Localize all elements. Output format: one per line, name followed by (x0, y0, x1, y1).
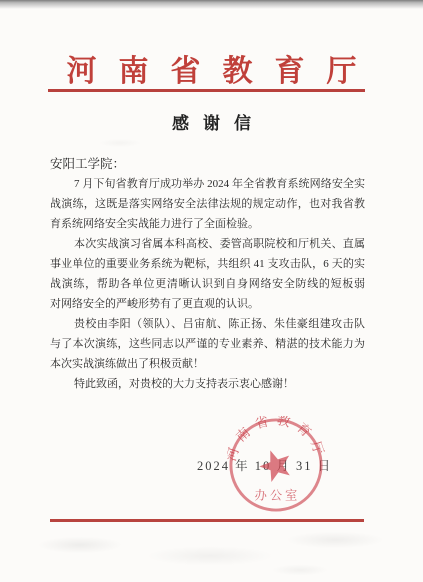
letter-page: 河南省教育厅 感谢信 安阳工学院： 7 月下旬省教育厅成功举办 2024 年全省… (0, 0, 423, 582)
seal-arc-text: 河南省教育厅 (227, 416, 325, 463)
body-line: 贵校由李阳（领队）、吕宙航、陈正扬、朱佳豪组建攻击队参 (50, 314, 365, 334)
header-rule (48, 89, 365, 92)
body-line: 与了本次演练，这些同志以严谨的专业素养、精湛的技术能力为 (50, 334, 365, 354)
footer-rule (50, 519, 364, 522)
svg-text:河南省教育厅: 河南省教育厅 (227, 416, 325, 463)
letter-title: 感谢信 (0, 109, 423, 134)
salutation: 安阳工学院： (50, 154, 365, 174)
body-line: 特此致函，对贵校的大力支持表示衷心感谢！ (50, 374, 365, 394)
body-line: 对网络安全的严峻形势有了更直观的认识。 (50, 294, 365, 314)
body-line: 战演练，这既是落实网络安全法律法规的规定动作，也对我省教 (50, 194, 365, 214)
letter-body: 安阳工学院： 7 月下旬省教育厅成功举办 2024 年全省教育系统网络安全实 战… (50, 154, 365, 394)
official-seal: 河南省教育厅 办公室 (227, 416, 325, 514)
body-line: 本次实战演练做出了积极贡献！ (50, 354, 365, 374)
body-line: 7 月下旬省教育厅成功举办 2024 年全省教育系统网络安全实 (50, 174, 365, 194)
body-line: 育系统网络安全实战能力进行了全面检验。 (50, 214, 365, 234)
org-title: 河南省教育厅 (0, 46, 423, 90)
body-line: 本次实战演习省属本科高校、委管高职院校和厅机关、直属 (50, 234, 365, 254)
scan-top-edge (0, 0, 423, 9)
body-line: 事业单位的重要业务系统为靶标，共组织 41 支攻击队，6 天的实 (50, 254, 365, 274)
seal-office-text: 办公室 (255, 487, 301, 502)
star-icon (255, 445, 295, 484)
body-line: 战演练，帮助各单位更清晰认识到自身网络安全防线的短板弱项， (50, 274, 365, 294)
